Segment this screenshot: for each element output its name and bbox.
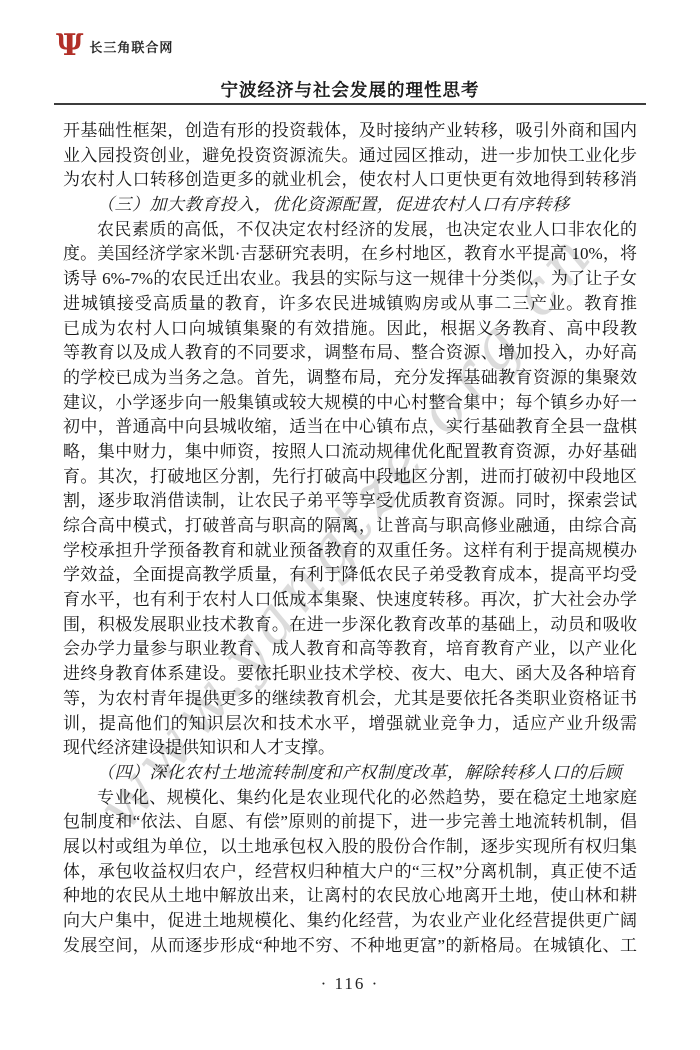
text-line: 综合高中模式，打破普高与职高的隔离，让普高与职高修业融通，由综合高中 (63, 514, 637, 539)
text-line: 体，承包收益权归农户，经营权归种植大户的“三权”分离机制，真正使不适宜 (63, 860, 637, 885)
text-line: 围，积极发展职业技术教育。在进一步深化教育改革的基础上，动员和吸收社 (63, 613, 637, 638)
text-line: 开基础性框架，创造有形的投资载体，及时接纳产业转移，吸引外商和国内企 (63, 119, 637, 144)
page-number: · 116 · (0, 974, 700, 994)
text-line: 初中，普通高中向县城收缩，适当在中心镇布点，实行基础教育全县一盘棋策 (63, 415, 637, 440)
site-logo: Ψ 长三角联合网 (56, 32, 173, 60)
text-line: 种地的农民从土地中解放出来，让离村的农民放心地离开土地，使山林和耕地 (63, 884, 637, 909)
text-line: 育。其次，打破地区分割，先行打破高中段地区分割，进而打破初中段地区分 (63, 465, 637, 490)
text-line: 进终身教育体系建设。要依托职业技术学校、夜大、电大、函大及各种培育班 (63, 662, 637, 687)
text-line: （四）深化农村土地流转制度和产权制度改革，解除转移人口的后顾之忧 (63, 761, 637, 786)
text-line: 进城镇接受高质量的教育，许多农民进城镇购房或从事二三产业。教育推动， (63, 292, 637, 317)
document-body: 开基础性框架，创造有形的投资载体，及时接纳产业转移，吸引外商和国内企业入园投资创… (63, 119, 637, 958)
text-line: （三）加大教育投入，优化资源配置，促进农村人口有序转移 (63, 193, 637, 218)
text-line: 建议，小学逐步向一般集镇或较大规模的中心村整合集中；每个镇乡办好一所 (63, 391, 637, 416)
title-divider (54, 103, 646, 105)
text-line: 专业化、规模化、集约化是农业现代化的必然趋势，要在稳定土地家庭承 (63, 786, 637, 811)
text-line: 向大户集中，促进土地规模化、集约化经营，为农业产业化经营提供更广阔的 (63, 909, 637, 934)
text-line: 育水平，也有利于农村人口低成本集聚、快速度转移。再次，扩大社会办学范 (63, 588, 637, 613)
text-line: 现代经济建设提供知识和人才支撑。 (63, 736, 637, 761)
trident-logo-icon: Ψ (56, 32, 83, 60)
text-line: 业入园投资创业，避免投资资源流失。通过园区推动，进一步加快工业化步伐， (63, 144, 637, 169)
text-line: 略，集中财力，集中师资，按照人口流动规律优化配置教育资源，办好基础教 (63, 440, 637, 465)
text-line: 农民素质的高低，不仅决定农村经济的发展，也决定农业人口非农化的速 (63, 218, 637, 243)
text-line: 学效益，全面提高教学质量，有利于降低农民子弟受教育成本，提高平均受教 (63, 563, 637, 588)
text-line: 训，提高他们的知识层次和技术水平，增强就业竞争力，适应产业升级需要、为 (63, 712, 637, 737)
text-line: 等，为农村青年提供更多的继续教育机会，尤其是要依托各类职业资格证书培 (63, 687, 637, 712)
text-line: 已成为农村人口向城镇集聚的有效措施。因此，根据义务教育、高中段教育、高 (63, 317, 637, 342)
text-line: 展以村或组为单位，以土地承包权入股的股份合作制，逐步实现所有权归集 (63, 835, 637, 860)
logo-text: 长三角联合网 (89, 37, 173, 56)
text-line: 学校承担升学预备教育和就业预备教育的双重任务。这样有利于提高规模办 (63, 539, 637, 564)
text-line: 发展空间，从而逐步形成“种地不穷、不种地更富”的新格局。在城镇化、工业化 (63, 934, 637, 959)
text-line: 割，逐步取消借读制，让农民子弟平等享受优质教育资源。同时，探索尝试农村 (63, 489, 637, 514)
text-line: 的学校已成为当务之急。首先，调整布局，充分发挥基础教育资源的集聚效益。 (63, 366, 637, 391)
text-line: 度。美国经济学家米凯·吉瑟研究表明，在乡村地区，教育水平提高 10%，将多 (63, 242, 637, 267)
text-line: 诱导 6%-7%的农民迁出农业。我县的实际与这一规律十分类似，为了让子女 (63, 267, 637, 292)
text-line: 为农村人口转移创造更多的就业机会，使农村人口更快更有效地得到转移消化。 (63, 168, 637, 193)
document-page: www.yangtze.org.cn Ψ 长三角联合网 宁波经济与社会发展的理性… (0, 0, 700, 1050)
text-line: 包制度和“依法、自愿、有偿”原则的前提下，进一步完善土地流转机制，倡导发 (63, 810, 637, 835)
text-line: 等教育以及成人教育的不同要求，调整布局、整合资源、增加投入，办好高质量 (63, 341, 637, 366)
text-line: 会办学力量参与职业教育、成人教育和高等教育，培育教育产业，以产业化促 (63, 637, 637, 662)
document-title: 宁波经济与社会发展的理性思考 (0, 77, 700, 102)
